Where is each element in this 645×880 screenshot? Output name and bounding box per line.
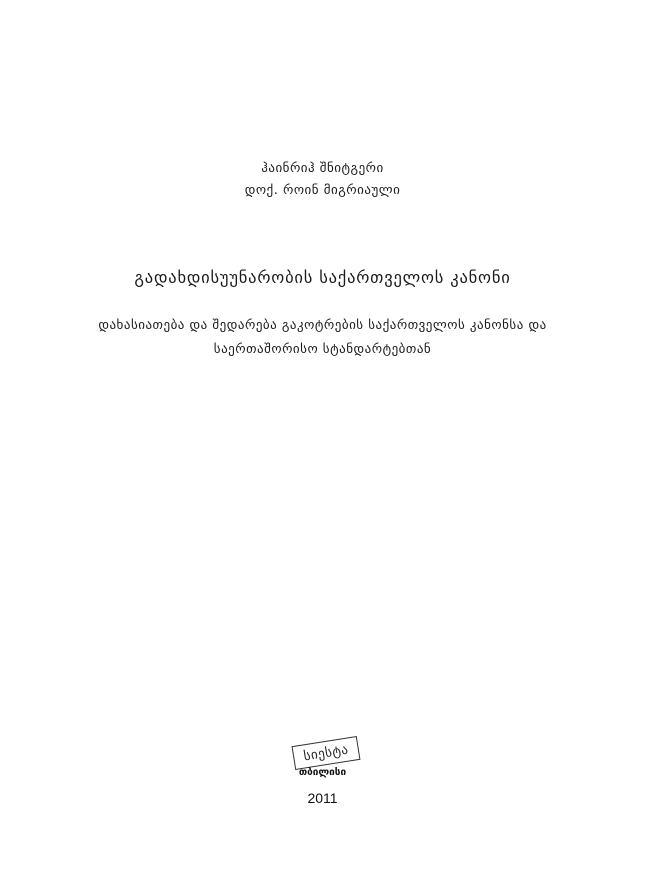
book-subtitle-line-1: დახასიათება და შედარება გაკოტრების საქარ…	[0, 318, 645, 333]
book-title: გადახდისუუნარობის საქართველოს კანონი	[0, 268, 645, 287]
book-subtitle-line-2: საერთაშორისო სტანდარტებთან	[0, 342, 645, 357]
publication-year: 2011	[0, 790, 645, 806]
publisher-logo-text: სიესტა	[303, 742, 350, 764]
title-page: ჰაინრიჰ შნიტგერი დოქ. როინ მიგრიაული გად…	[0, 0, 645, 880]
author-name: ჰაინრიჰ შნიტგერი	[0, 161, 645, 176]
co-author-name: დოქ. როინ მიგრიაული	[0, 183, 645, 198]
publisher-block: სიესტა თბილისი 2011	[0, 725, 645, 825]
publisher-logo: სიესტა	[292, 736, 361, 770]
publisher-city: თბილისი	[0, 767, 645, 778]
